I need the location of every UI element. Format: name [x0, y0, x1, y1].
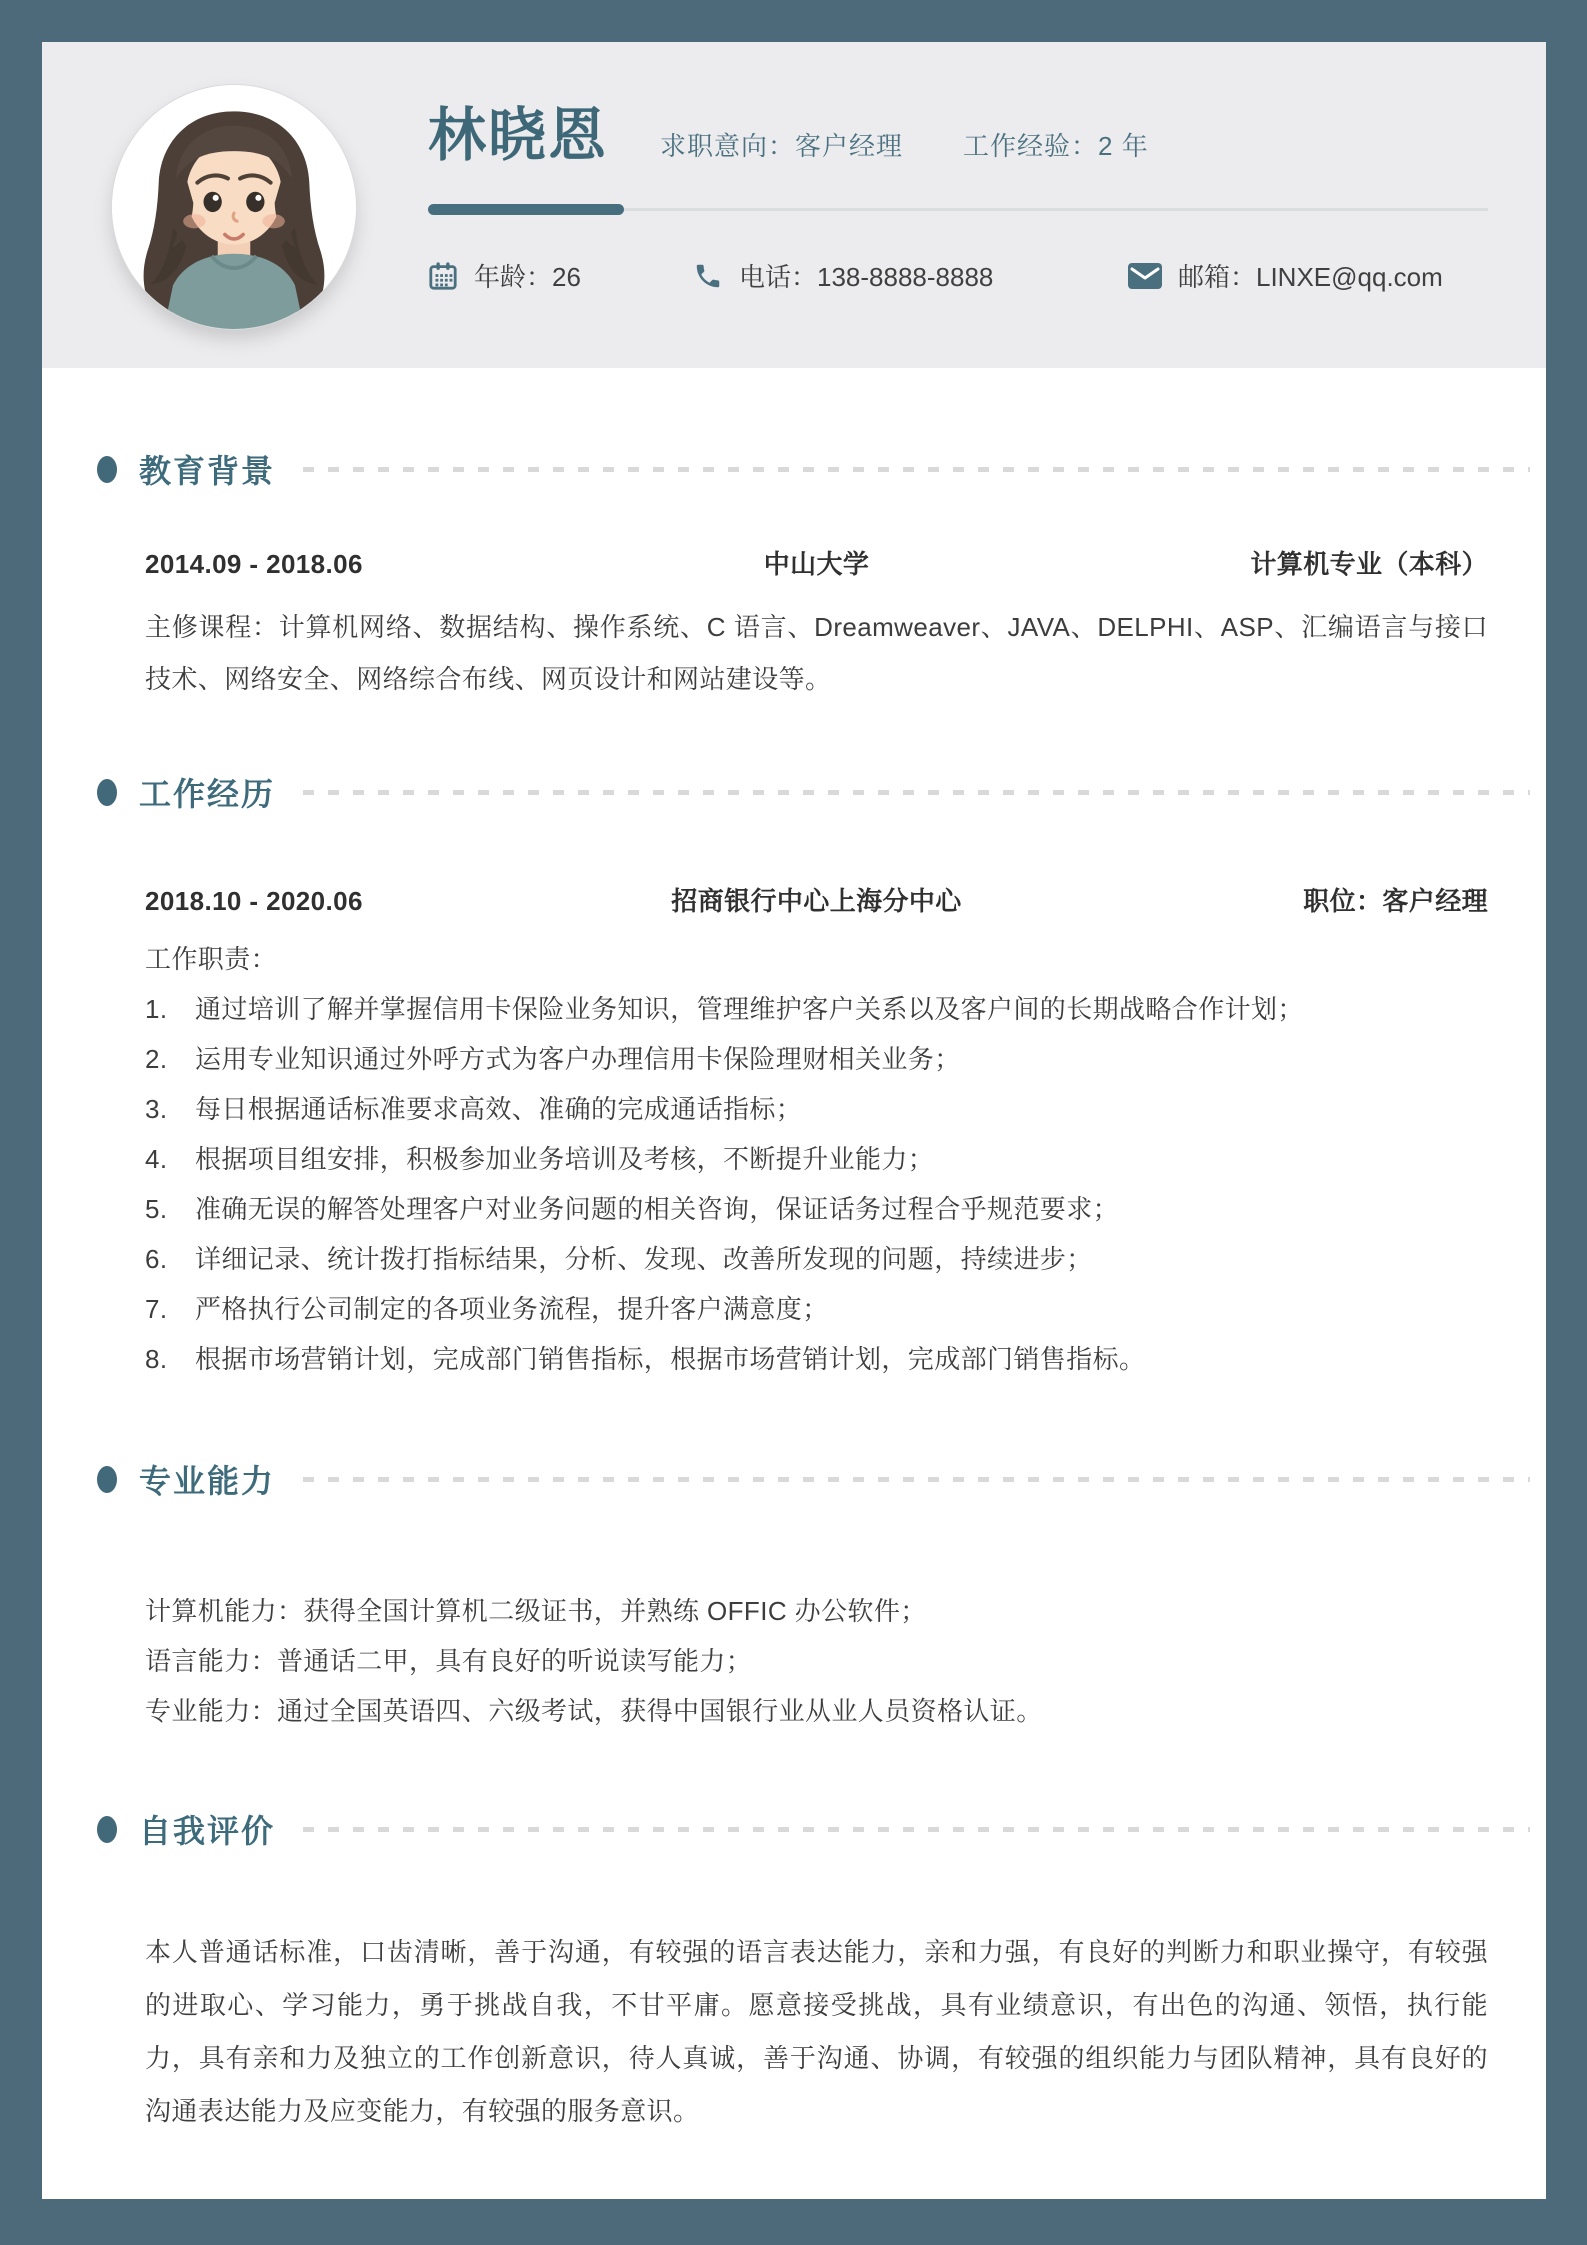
work-body: 2018.10 - 2020.06 招商银行中心上海分中心 职位：客户经理 工作… — [145, 881, 1546, 1384]
underline-thin-rule — [624, 208, 1488, 211]
page-frame: 林晓恩 求职意向：客户经理 工作经验：2 年 — [0, 0, 1587, 2245]
work-row: 2018.10 - 2020.06 招商银行中心上海分中心 职位：客户经理 — [145, 881, 1488, 918]
work-date: 2018.10 - 2020.06 — [145, 886, 485, 917]
contact-email-label: 邮箱：LINXE@qq.com — [1178, 257, 1443, 294]
duty-text: 通过培训了解并掌握信用卡保险业务知识，管理维护客户关系以及客户间的长期战略合作计… — [195, 984, 1488, 1034]
education-school: 中山大学 — [485, 544, 1148, 581]
evaluation-heading: 自我评价 — [97, 1806, 1546, 1852]
duty-number: 6. — [145, 1234, 195, 1284]
duty-text: 严格执行公司制定的各项业务流程，提升客户满意度； — [195, 1284, 1488, 1334]
duty-item: 1.通过培训了解并掌握信用卡保险业务知识，管理维护客户关系以及客户间的长期战略合… — [145, 984, 1488, 1034]
duty-text: 每日根据通话标准要求高效、准确的完成通话指标； — [195, 1084, 1488, 1134]
dashed-rule — [303, 1477, 1530, 1482]
resume-body: 教育背景 2014.09 - 2018.06 中山大学 计算机专业（本科） 主修… — [42, 446, 1546, 2138]
duties-label: 工作职责： — [145, 934, 1488, 984]
education-courses: 主修课程：计算机网络、数据结构、操作系统、C 语言、Dreamweaver、JA… — [145, 601, 1488, 705]
contact-age: 年龄：26 — [428, 257, 693, 294]
avatar-illustration — [112, 85, 356, 329]
section-title-work: 工作经历 — [139, 769, 275, 815]
avatar — [112, 85, 356, 329]
contact-phone-label: 电话：138-8888-8888 — [739, 257, 993, 294]
section-skills: 专业能力 计算机能力：获得全国计算机二级证书，并熟练 OFFIC 办公软件； 语… — [97, 1456, 1546, 1736]
work-position: 职位：客户经理 — [1148, 881, 1488, 918]
contact-age-label: 年龄：26 — [474, 257, 581, 294]
name-row: 林晓恩 求职意向：客户经理 工作经验：2 年 — [428, 88, 1488, 172]
skills-body: 计算机能力：获得全国计算机二级证书，并熟练 OFFIC 办公软件； 语言能力：普… — [145, 1586, 1546, 1736]
duty-text: 运用专业知识通过外呼方式为客户办理信用卡保险理财相关业务； — [195, 1034, 1488, 1084]
duty-text: 根据市场营销计划，完成部门销售指标，根据市场营销计划，完成部门销售指标。 — [195, 1334, 1488, 1384]
phone-icon — [693, 261, 723, 291]
duty-number: 7. — [145, 1284, 195, 1334]
skill-item: 专业能力：通过全国英语四、六级考试，获得中国银行业从业人员资格认证。 — [145, 1686, 1488, 1736]
contact-row: 年龄：26 电话：138-8888-8888 — [428, 257, 1488, 294]
skills-heading: 专业能力 — [97, 1456, 1546, 1502]
duty-item: 2.运用专业知识通过外呼方式为客户办理信用卡保险理财相关业务； — [145, 1034, 1488, 1084]
contact-phone: 电话：138-8888-8888 — [693, 257, 1128, 294]
duty-number: 4. — [145, 1134, 195, 1184]
education-body: 2014.09 - 2018.06 中山大学 计算机专业（本科） 主修课程：计算… — [145, 544, 1546, 705]
section-education: 教育背景 2014.09 - 2018.06 中山大学 计算机专业（本科） 主修… — [97, 446, 1546, 705]
duty-number: 2. — [145, 1034, 195, 1084]
resume-sheet: 林晓恩 求职意向：客户经理 工作经验：2 年 — [42, 42, 1546, 2199]
mail-icon — [1128, 263, 1162, 289]
duty-text: 准确无误的解答处理客户对业务问题的相关咨询，保证话务过程合乎规范要求； — [195, 1184, 1488, 1234]
section-title-skills: 专业能力 — [139, 1456, 275, 1502]
section-evaluation: 自我评价 本人普通话标准，口齿清晰，善于沟通，有较强的语言表达能力，亲和力强，有… — [97, 1806, 1546, 2138]
duty-item: 6.详细记录、统计拨打指标结果，分析、发现、改善所发现的问题，持续进步； — [145, 1234, 1488, 1284]
dashed-rule — [303, 1827, 1530, 1832]
name-underline — [428, 204, 1488, 215]
candidate-name: 林晓恩 — [428, 88, 608, 172]
section-title-education: 教育背景 — [139, 446, 275, 492]
bullet-icon — [97, 1466, 117, 1493]
work-company: 招商银行中心上海分中心 — [485, 881, 1148, 918]
duty-item: 4.根据项目组安排，积极参加业务培训及考核，不断提升业能力； — [145, 1134, 1488, 1184]
section-work: 工作经历 2018.10 - 2020.06 招商银行中心上海分中心 职位：客户… — [97, 769, 1546, 1384]
calendar-icon — [428, 261, 458, 291]
skill-item: 计算机能力：获得全国计算机二级证书，并熟练 OFFIC 办公软件； — [145, 1586, 1488, 1636]
duty-number: 3. — [145, 1084, 195, 1134]
duty-text: 根据项目组安排，积极参加业务培训及考核，不断提升业能力； — [195, 1134, 1488, 1184]
header-info: 林晓恩 求职意向：客户经理 工作经验：2 年 — [428, 88, 1488, 294]
evaluation-text: 本人普通话标准，口齿清晰，善于沟通，有较强的语言表达能力，亲和力强，有良好的判断… — [145, 1926, 1546, 2138]
education-row: 2014.09 - 2018.06 中山大学 计算机专业（本科） — [145, 544, 1488, 581]
section-title-evaluation: 自我评价 — [139, 1806, 275, 1852]
education-date: 2014.09 - 2018.06 — [145, 549, 485, 580]
duty-number: 5. — [145, 1184, 195, 1234]
duty-number: 8. — [145, 1334, 195, 1384]
duties-list: 1.通过培训了解并掌握信用卡保险业务知识，管理维护客户关系以及客户间的长期战略合… — [145, 984, 1488, 1384]
dashed-rule — [303, 467, 1530, 472]
duty-item: 8.根据市场营销计划，完成部门销售指标，根据市场营销计划，完成部门销售指标。 — [145, 1334, 1488, 1384]
duty-item: 3.每日根据通话标准要求高效、准确的完成通话指标； — [145, 1084, 1488, 1134]
skill-item: 语言能力：普通话二甲，具有良好的听说读写能力； — [145, 1636, 1488, 1686]
underline-accent-bar — [428, 204, 624, 215]
bullet-icon — [97, 456, 117, 483]
bullet-icon — [97, 779, 117, 806]
education-heading: 教育背景 — [97, 446, 1546, 492]
dashed-rule — [303, 790, 1530, 795]
work-heading: 工作经历 — [97, 769, 1546, 815]
contact-email: 邮箱：LINXE@qq.com — [1128, 257, 1443, 294]
job-intention: 求职意向：客户经理 — [660, 126, 903, 163]
education-major: 计算机专业（本科） — [1148, 544, 1488, 581]
bullet-icon — [97, 1816, 117, 1843]
duty-item: 5.准确无误的解答处理客户对业务问题的相关咨询，保证话务过程合乎规范要求； — [145, 1184, 1488, 1234]
duty-item: 7.严格执行公司制定的各项业务流程，提升客户满意度； — [145, 1284, 1488, 1334]
duty-text: 详细记录、统计拨打指标结果，分析、发现、改善所发现的问题，持续进步； — [195, 1234, 1488, 1284]
duty-number: 1. — [145, 984, 195, 1034]
header: 林晓恩 求职意向：客户经理 工作经验：2 年 — [42, 42, 1546, 368]
work-experience-years: 工作经验：2 年 — [963, 126, 1149, 163]
